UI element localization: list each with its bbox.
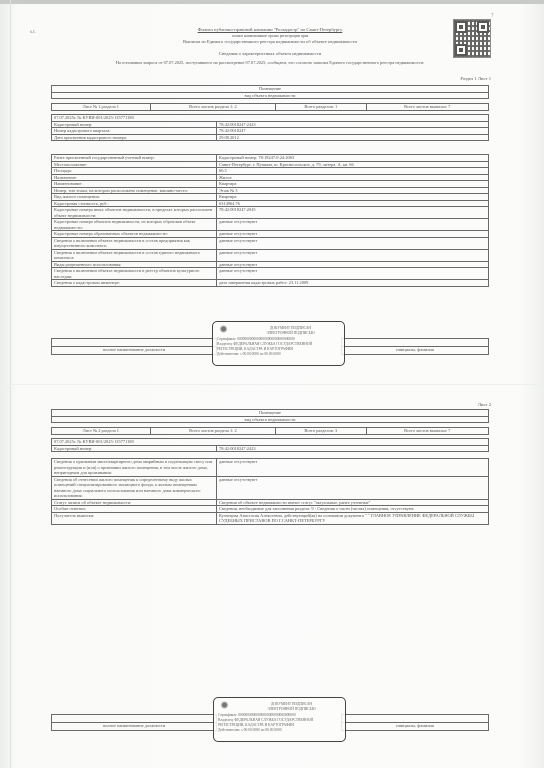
table-row: Сведения о включении объекта недвижимост… [52,249,489,261]
field-value: данные отсутствуют [217,249,489,261]
sheet2-meta-table: Лист № 2 раздела 1 Всего листов раздела … [51,427,489,435]
signature-name-caption: инициалы, фамилия [342,347,489,355]
table-row: Сведения о кадастровом инженере:дата зав… [52,280,489,287]
field-label: Сведения о признании многоквартирного до… [52,459,217,477]
field-label: Кадастровые номера объектов недвижимости… [52,219,217,231]
doc-subtitle: Сведения о характеристиках объекта недви… [60,51,480,57]
field-label: Сведения о включении объекта недвижимост… [52,268,217,280]
signature-name-caption: инициалы, фамилия [342,723,489,731]
page-mark: 7 [491,14,494,19]
field-value: данные отсутствуют [217,237,489,249]
sheet1-details-table: Ранее присвоенный государственный учетны… [51,154,489,287]
table-row: Кадастровые номера иных объектов недвижи… [52,207,489,219]
meta-section-sheets: Всего листов раздела 1: 2 [150,104,275,111]
field-label: Сведения о включении объекта недвижимост… [52,237,217,249]
field-label: Сведения о кадастровом инженере: [52,280,217,287]
field-value: данные отсутствуют [217,476,489,499]
table-row: Кадастровые номера объектов недвижимости… [52,219,489,231]
scan-edge [0,0,544,4]
field-label: Получатель выписки: [52,512,217,524]
object-type-caption: вид объекта недвижимости [52,92,489,99]
table-row: Получатель выписки:Кузнецова Анастасия А… [52,512,489,524]
sheet2-details-table: Сведения о признании многоквартирного до… [51,458,489,525]
field-label: Кадастровые номера иных объектов недвижи… [52,207,217,219]
field-value: данные отсутствуют [217,459,489,477]
meta-sheet-no: Лист № 1 раздела 1 [52,104,151,111]
handwritten-mark: s.t. [30,30,36,35]
sheet1-main-table: 07.07.2025г. № КУВИ-001/2025-135771188 К… [51,114,489,141]
basis-text: На основании запроса от 07.07.2025, пост… [40,60,500,66]
document-page: s.t. 7 Филиал публично-правовой компании… [0,0,544,768]
meta-total-sheets: Всего листов выписки: 7 [366,104,488,111]
meta-total-sheets: Всего листов выписки: 7 [366,428,488,435]
table-row: Сведения о включении объекта недвижимост… [52,237,489,249]
meta-sections: Всего разделов: 1 [276,104,366,111]
table-row: Сведения о признании многоквартирного до… [52,459,489,477]
e-signature-stamp: ДОКУМЕНТ ПОДПИСАНЭЛЕКТРОННОЙ ПОДПИСЬЮ Се… [213,697,346,742]
e-signature-stamp: ДОКУМЕНТ ПОДПИСАНЭЛЕКТРОННОЙ ПОДПИСЬЮ Се… [212,321,345,366]
table-row: Дата присвоения кадастрового номера:29.0… [52,134,489,141]
table-row: Кадастровый номер:78:42:0018247:2423 [52,445,489,452]
section-label-2: Лист 2 [478,402,491,407]
table-row: Сведения о включении объекта недвижимост… [52,268,489,280]
sheet1-type-table: Помещение вид объекта недвижимости [51,85,489,99]
meta-section-sheets: Всего листов раздела 1: 2 [150,428,275,435]
signature-position-caption: полное наименование должности [52,723,217,731]
field-value: Кузнецова Анастасия Алексеевна, действую… [217,512,489,524]
object-type-caption: вид объекта недвижимости [52,416,489,423]
field-label: Сведения о включении объекта недвижимост… [52,249,217,261]
signature-position-caption: полное наименование должности [52,347,217,355]
sheet2-main-table: 07.07.2025г. № КУВИ-001/2025-135771188 К… [51,438,489,452]
field-value: данные отсутствуют [217,219,489,231]
field-value: данные отсутствуют [217,268,489,280]
field-value: 78:42:0018247:2045 [217,207,489,219]
table-row: Сведения об отнесении жилого помещения к… [52,476,489,499]
meta-sections: Всего разделов: 3 [276,428,366,435]
doc-title: Выписка из Единого государственного реес… [60,39,480,45]
meta-sheet-no: Лист № 2 раздела 1 [52,428,151,435]
emblem-icon [220,701,229,711]
sheet1-meta-table: Лист № 1 раздела 1 Всего листов раздела … [51,103,489,111]
field-value: дата завершения кадастровых работ: 23.11… [217,280,489,287]
emblem-icon [219,325,228,335]
section-label-1: Раздел 1 Лист 1 [460,76,491,81]
sheet2-type-table: Помещение вид объекта недвижимости [51,409,489,423]
field-label: Сведения об отнесении жилого помещения к… [52,476,217,499]
